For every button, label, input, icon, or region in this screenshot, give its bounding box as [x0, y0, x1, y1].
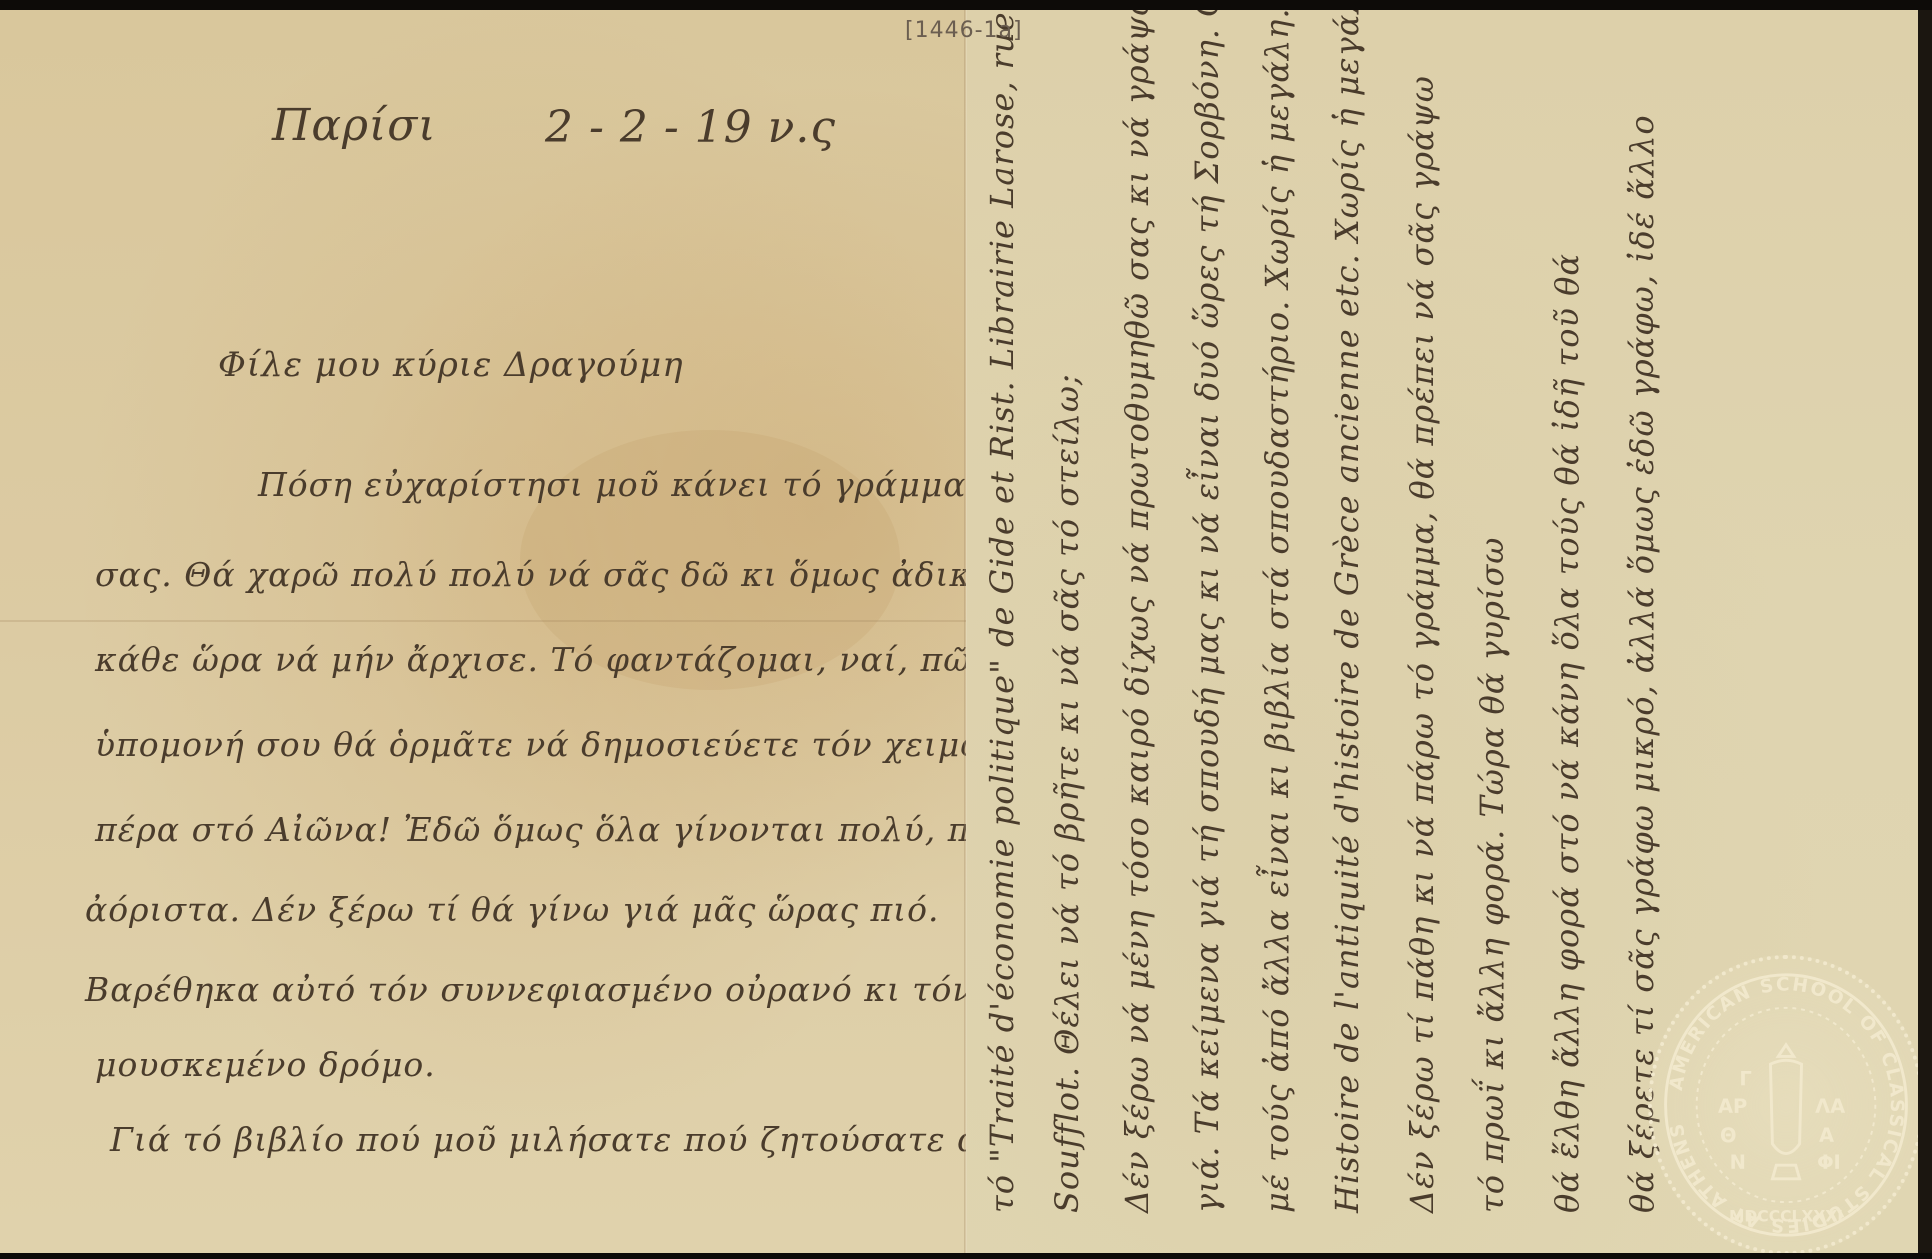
text-line: μουσκεμένο δρόμο.: [95, 1045, 436, 1084]
seal-letter: ΑΡ: [1718, 1095, 1747, 1118]
seal-graphic: AMERICAN SCHOOL OF CLASSICAL STUDIES AT …: [1652, 959, 1918, 1251]
text-line: Δέν ξέρω τί πάθη κι νά πάρω τό γράμμα, θ…: [1403, 75, 1441, 1213]
seal-year: MDCCCLXXXI: [1729, 1208, 1843, 1226]
text-line: τό "Traité d'économie politique" de Gide…: [983, 11, 1021, 1213]
text-line: Βαρέθηκα αὐτό τόν συννεφιασμένο οὐρανό κ…: [85, 970, 973, 1009]
text-line: γιά. Τά κείμενα γιά τή σπουδή μας κι νά …: [1188, 10, 1226, 1213]
text-line: σας. Θά χαρῶ πολύ πολύ νά σᾶς δῶ κι ὅμως…: [95, 555, 1005, 594]
letter-place: Παρίσι: [272, 100, 437, 151]
archive-reference: [1446-1a]: [905, 18, 1023, 43]
seal-letter: Γ: [1739, 1068, 1751, 1091]
seal-letter: ΛΑ: [1815, 1095, 1845, 1118]
text-line: Γιά τό βιβλίο πού μοῦ μιλήσατε πού ζητού…: [110, 1120, 1024, 1159]
seal-letter: Α: [1819, 1124, 1834, 1147]
seal-letter: Ν: [1730, 1151, 1746, 1174]
seal-letter: ΦΙ: [1817, 1151, 1841, 1174]
letter-date: 2 - 2 - 19 ν.ς: [545, 102, 836, 153]
letter-greeting: Φίλε μου κύριε Δραγούμη: [218, 345, 684, 385]
text-line: ὑπομονή σου θά ὁρμᾶτε νά δημοσιεύετε τόν…: [95, 725, 1111, 764]
text-line: πέρα στό Αἰῶνα! Ἐδῶ ὅμως ὅλα γίνονται πο…: [95, 810, 1034, 849]
text-line: μέ τούς ἀπό ἄλλα εἶναι κι βιβλία στά σπο…: [1258, 10, 1296, 1213]
letter-sheet: Παρίσι 2 - 2 - 19 ν.ς Φίλε μου κύριε Δρα…: [0, 10, 1918, 1253]
text-line: Histoire de l'antiquité d'histoire de Gr…: [1328, 10, 1366, 1213]
embossed-seal-icon: AMERICAN SCHOOL OF CLASSICAL STUDIES AT …: [1648, 955, 1918, 1253]
text-line: τό πρωΐ κι ἄλλη φορά. Τώρα θά γυρίσω: [1473, 537, 1511, 1213]
left-page: Παρίσι 2 - 2 - 19 ν.ς Φίλε μου κύριε Δρα…: [0, 10, 966, 1253]
text-line: Soufflot. Θέλει νά τό βρῆτε κι νά σᾶς τό…: [1048, 373, 1086, 1213]
text-line: ἀόριστα. Δέν ξέρω τί θά γίνω γιά μᾶς ὥρα…: [85, 890, 939, 929]
seal-letter: Θ: [1720, 1124, 1737, 1147]
scan-border: [1918, 10, 1932, 1253]
text-line: θά ἔλθη ἄλλη φορά στό νά κάνη ὅλα τούς θ…: [1548, 253, 1586, 1213]
horizontal-crease: [0, 620, 966, 622]
text-line: Πόση εὐχαρίστησι μοῦ κάνει τό γράμμα: [258, 465, 967, 504]
text-line: Δέν ξέρω νά μένη τόσο καιρό δίχως νά πρω…: [1118, 10, 1156, 1213]
center-fold: [964, 10, 967, 1253]
